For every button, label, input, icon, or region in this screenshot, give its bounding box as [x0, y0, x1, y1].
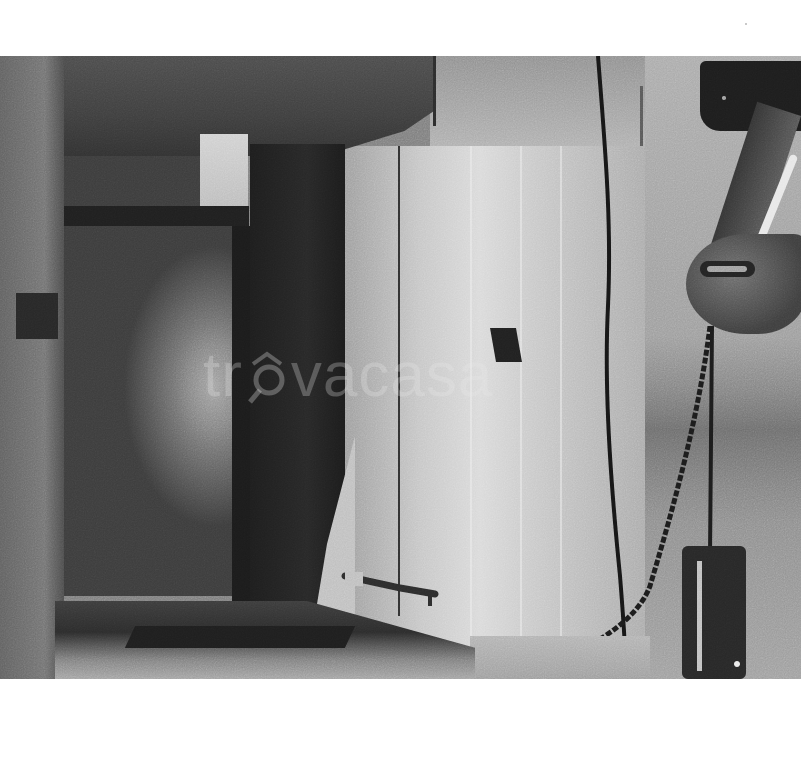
wall-switch-icon: [16, 293, 58, 339]
mount-screw: [722, 96, 726, 100]
scan-speck: [745, 23, 747, 25]
mirror-cabinet-top: [64, 56, 434, 156]
counter-surface: [470, 636, 650, 679]
dryer-vent-highlight: [707, 266, 747, 272]
house-magnifier-icon: [245, 350, 289, 400]
holder-highlight: [697, 561, 702, 671]
listing-photo: tr vacasa: [0, 56, 801, 679]
watermark: tr vacasa: [203, 335, 493, 415]
left-wall: [0, 56, 64, 679]
mirror-frame-horizontal: [64, 206, 249, 226]
indicator-light-icon: [734, 661, 740, 667]
mirror-frame-vertical: [232, 226, 250, 606]
hair-dryer-icon: [686, 234, 801, 334]
faucet-icon: [340, 566, 440, 606]
watermark-text-end: vacasa: [291, 340, 493, 411]
cabinet-edge: [425, 56, 436, 126]
dryer-holder: [682, 546, 746, 679]
shelf-shadow: [125, 626, 355, 648]
watermark-text-start: tr: [203, 340, 243, 411]
